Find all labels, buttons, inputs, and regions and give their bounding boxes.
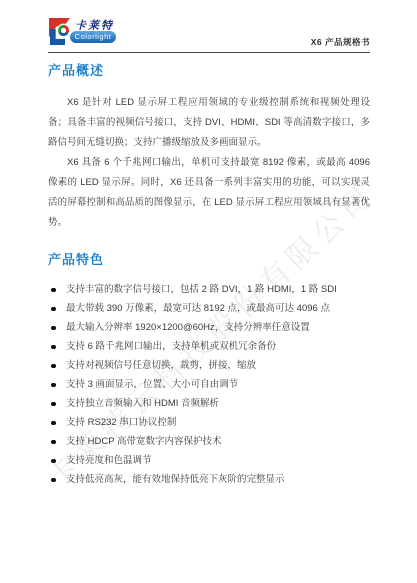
feature-text: 支持对视频信号任意切换，裁剪，拼接，缩放 <box>66 360 256 371</box>
bullet-icon <box>51 326 56 331</box>
feature-text: 支持低亮高灰，能有效地保持低亮下灰阶的完整显示 <box>66 474 285 485</box>
feature-item: 支持 RS232 串口协议控制 <box>48 413 370 432</box>
feature-text: 最大输入分辨率 1920×1200@60Hz，支持分辨率任意设置 <box>66 322 310 333</box>
features-heading: 产品特色 <box>48 249 370 268</box>
bullet-icon <box>51 421 56 426</box>
document-page: 卡莱特云科技股份有限公司 卡莱特 Colorlight X6 产品规格书 产品概… <box>0 0 417 583</box>
bullet-icon <box>51 478 56 483</box>
overview-heading: 产品概述 <box>48 60 370 79</box>
feature-item: 支持丰富的数字信号接口，包括 2 路 DVI，1 路 HDMI，1 路 SDI <box>48 280 370 299</box>
bullet-icon <box>51 364 56 369</box>
feature-text: 支持 6 路千兆网口输出，支持单机或双机冗余备份 <box>66 341 276 352</box>
feature-list: 支持丰富的数字信号接口，包括 2 路 DVI，1 路 HDMI，1 路 SDI … <box>48 280 370 489</box>
feature-item: 支持对视频信号任意切换，裁剪，拼接，缩放 <box>48 356 370 375</box>
feature-item: 支持 HDCP 高带宽数字内容保护技术 <box>48 432 370 451</box>
page-header: 卡莱特 Colorlight X6 产品规格书 <box>48 0 370 53</box>
feature-item: 支持低亮高灰，能有效地保持低亮下灰阶的完整显示 <box>48 470 370 489</box>
page-content: 产品概述 X6 是针对 LED 显示屏工程应用领域的专业级控制系统和视频处理设备… <box>48 58 370 489</box>
feature-item: 最大输入分辨率 1920×1200@60Hz，支持分辨率任意设置 <box>48 318 370 337</box>
section-features: 产品特色 支持丰富的数字信号接口，包括 2 路 DVI，1 路 HDMI，1 路… <box>48 249 370 489</box>
feature-text: 支持 HDCP 高带宽数字内容保护技术 <box>66 436 222 447</box>
bullet-icon <box>51 345 56 350</box>
feature-item: 支持独立音频输入和 HDMI 音频解析 <box>48 394 370 413</box>
overview-paragraph: X6 是针对 LED 显示屏工程应用领域的专业级控制系统和视频处理设备；具备丰富… <box>48 93 370 153</box>
bullet-icon <box>51 307 56 312</box>
feature-text: 最大带载 390 万像素，最宽可达 8192 点，或最高可达 4096 点 <box>66 303 330 314</box>
logo-brand-english: Colorlight <box>70 31 116 43</box>
bullet-icon <box>51 459 56 464</box>
section-overview: 产品概述 X6 是针对 LED 显示屏工程应用领域的专业级控制系统和视频处理设备… <box>48 60 370 233</box>
colorlight-logo: 卡莱特 Colorlight <box>49 17 139 51</box>
feature-item: 支持 3 画面显示，位置、大小可自由调节 <box>48 375 370 394</box>
feature-item: 支持亮度和色温调节 <box>48 451 370 470</box>
feature-item: 支持 6 路千兆网口输出，支持单机或双机冗余备份 <box>48 337 370 356</box>
bullet-icon <box>51 402 56 407</box>
feature-text: 支持丰富的数字信号接口，包括 2 路 DVI，1 路 HDMI，1 路 SDI <box>66 284 337 295</box>
logo-rgb-ring-icon <box>57 24 70 37</box>
bullet-icon <box>51 440 56 445</box>
feature-text: 支持 RS232 串口协议控制 <box>66 417 176 428</box>
feature-item: 最大带载 390 万像素，最宽可达 8192 点，或最高可达 4096 点 <box>48 299 370 318</box>
colorlight-logo-icon <box>49 18 72 45</box>
feature-text: 支持 3 画面显示，位置、大小可自由调节 <box>66 379 238 390</box>
feature-text: 支持亮度和色温调节 <box>66 455 152 466</box>
bullet-icon <box>51 383 56 388</box>
document-title: X6 产品规格书 <box>311 36 370 48</box>
bullet-icon <box>51 288 56 293</box>
overview-paragraph: X6 具备 6 个千兆网口输出，单机可支持最宽 8192 像素，或最高 4096… <box>48 153 370 233</box>
feature-text: 支持独立音频输入和 HDMI 音频解析 <box>66 398 219 409</box>
